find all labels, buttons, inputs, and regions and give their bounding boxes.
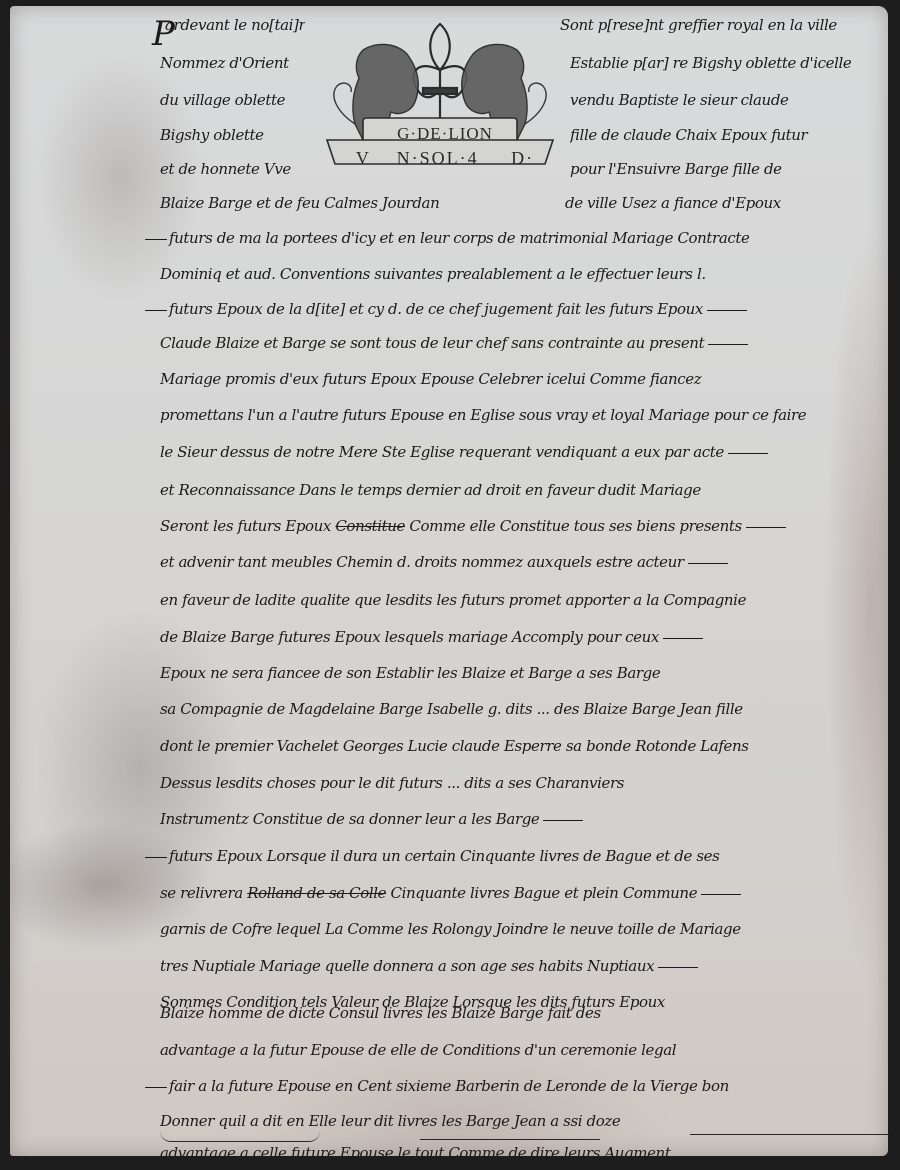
handwritten-line: Bigshy oblette <box>160 126 300 144</box>
closing-rule <box>420 1139 600 1140</box>
struck-text: Rolland de sa Colle <box>247 884 386 902</box>
handwritten-line: Seront les futurs Epoux Constitue Comme … <box>160 517 865 535</box>
handwritten-line: Sont p[rese]nt greffier royal en la vill… <box>560 16 860 34</box>
handwritten-line: le Sieur dessus de notre Mere Ste Eglise… <box>160 443 865 461</box>
handwritten-line: Claude Blaize et Barge se sont tous de l… <box>160 334 865 352</box>
handwritten-line: fair a la future Epouse en Cent sixieme … <box>145 1077 850 1095</box>
handwritten-line: futurs Epoux Lorsque il dura un certain … <box>145 847 865 865</box>
stamp-label-bottom-right: D· <box>511 148 534 168</box>
handwritten-line: de ville Usez a fiance d'Epoux <box>565 194 865 212</box>
handwritten-line: advantage a la futur Epouse de elle de C… <box>160 1041 865 1059</box>
handwritten-line: futurs Epoux de la d[ite] et cy d. de ce… <box>145 300 865 318</box>
stamp-label-bottom-mid: N·SOL·4 <box>397 148 479 168</box>
handwritten-line: ardevant le no[tai]re royal ... <box>165 16 305 34</box>
handwritten-line: en faveur de ladite qualite que lesdits … <box>160 591 870 609</box>
handwritten-line: Donner quil a dit en Elle leur dit livre… <box>160 1112 865 1130</box>
handwritten-line: Blaize homme de dicte Consul livres les … <box>160 1004 865 1022</box>
handwritten-line: sa Compagnie de Magdelaine Barge Isabell… <box>160 700 865 718</box>
handwritten-line: et advenir tant meubles Chemin d. droits… <box>160 553 865 571</box>
handwritten-line: Establie p[ar] re Bigshy oblette d'icell… <box>570 54 860 72</box>
handwritten-line: futurs de ma la portees d'icy et en leur… <box>145 229 865 247</box>
handwritten-line: promettans l'un a l'autre futurs Epouse … <box>160 406 865 424</box>
handwritten-line: du village oblette <box>160 91 305 109</box>
handwritten-line: advantage a celle future Epouse le tout … <box>160 1144 865 1162</box>
handwritten-line: dont le premier Vachelet Georges Lucie c… <box>160 737 865 755</box>
stamp-label-top: G·DE·LION <box>365 124 525 144</box>
handwritten-line: et Reconnaissance Dans le temps dernier … <box>160 481 865 499</box>
struck-text: Constitue <box>335 517 405 535</box>
handwritten-line: Mariage promis d'eux futurs Epoux Epouse… <box>160 370 860 388</box>
tax-stamp: G·DE·LION V N·SOL·4 D· <box>315 12 565 168</box>
manuscript-page: G·DE·LION V N·SOL·4 D· P ardevant le no[… <box>10 6 888 1156</box>
lions-fleur-de-lis-emblem-icon <box>315 12 565 168</box>
stamp-label-bottom: V N·SOL·4 D· <box>325 148 565 169</box>
handwritten-line: se relivrera Rolland de sa Colle Cinquan… <box>160 884 865 902</box>
handwritten-line: Dessus lesdits choses pour le dit futurs… <box>160 774 865 792</box>
handwritten-line: Blaize Barge et de feu Calmes Jourdan <box>160 194 460 212</box>
closing-flourish <box>160 1131 320 1142</box>
handwritten-line: Epoux ne sera fiancee de son Establir le… <box>160 664 865 682</box>
handwritten-line: et de honnete Vve <box>160 160 305 178</box>
handwritten-line: Dominiq et aud. Conventions suivantes pr… <box>160 265 860 283</box>
closing-rule <box>690 1134 890 1135</box>
handwritten-line: pour l'Ensuivre Barge fille de <box>570 160 860 178</box>
handwritten-line: garnis de Cofre lequel La Comme les Rolo… <box>160 920 865 938</box>
stamp-label-bottom-left: V <box>356 148 371 168</box>
handwritten-line: tres Nuptiale Mariage quelle donnera a s… <box>160 957 865 975</box>
handwritten-line: de Blaize Barge futures Epoux lesquels m… <box>160 628 865 646</box>
handwritten-line: vendu Baptiste le sieur claude <box>570 91 860 109</box>
handwritten-line: Nommez d'Orient <box>160 54 300 72</box>
handwritten-line: fille de claude Chaix Epoux futur <box>570 126 860 144</box>
handwritten-line: Instrumentz Constitue de sa donner leur … <box>160 810 865 828</box>
